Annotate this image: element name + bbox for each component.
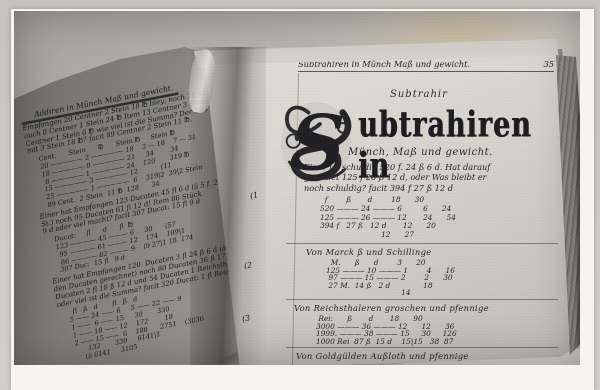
section-2-title: Von Marck ß und Schillinge — [306, 247, 432, 257]
section-4-title: Von Goldgülden Außloth und pfennige — [296, 351, 469, 361]
section-2-table: M. ß d 3 20125 ——— 10 ——— 1 4 16 97 ——— … — [326, 259, 455, 297]
margin-mark-2: (2 — [243, 260, 253, 270]
right-problem-text: Einer ist schuldig 520 f. 24 ß 6 d. Hat … — [304, 162, 490, 193]
manuscript-line: Einer ist schuldig 520 f. 24 ß 6 d. Hat … — [304, 162, 490, 172]
section-rule-2 — [286, 299, 558, 300]
chapter-subtitle: Münch, Maß und gewicht. — [348, 147, 493, 158]
section-3-title: Von Reichsthaleren groschen und pfennige — [294, 303, 489, 313]
photo-print: Addiren in Münch Maß und gewicht. Empfan… — [11, 9, 594, 390]
page-number: 35 — [543, 59, 554, 69]
section-rule-3 — [286, 347, 558, 348]
margin-mark-3: (3 — [241, 313, 251, 323]
manuscript-line: gezahlet 125 f 26 ß 12 d, oder Was bleib… — [304, 172, 490, 182]
right-page-content: Subtrahiren in Münch Maß und gewicht. 35… — [302, 59, 556, 365]
photo-image: Addiren in Münch Maß und gewicht. Empfan… — [14, 11, 580, 365]
right-problem-table: f ß d 18 30520 ——— 24 ——— 6 6 24125 ——— … — [320, 196, 456, 240]
margin-mark-1: (1 — [249, 190, 259, 200]
section-rule-1 — [286, 243, 558, 244]
scan-background: Addiren in Münch Maß und gewicht. Empfan… — [0, 0, 600, 390]
manuscript-line: 14 — [326, 289, 455, 297]
manuscript-line: 12 27 — [320, 231, 456, 240]
title-pen-trial: Subtrahir — [390, 89, 448, 100]
manuscript-line: 1000 Rei 87 ß 15 d 15|15 38 87 — [316, 338, 457, 346]
section-3-table: Rei: ß d 18 903000 ——— 36 ——— 12 12 3619… — [316, 315, 457, 345]
manuscript-line: noch schuldig? facit 394 f 27 ß 12 d — [304, 183, 490, 193]
